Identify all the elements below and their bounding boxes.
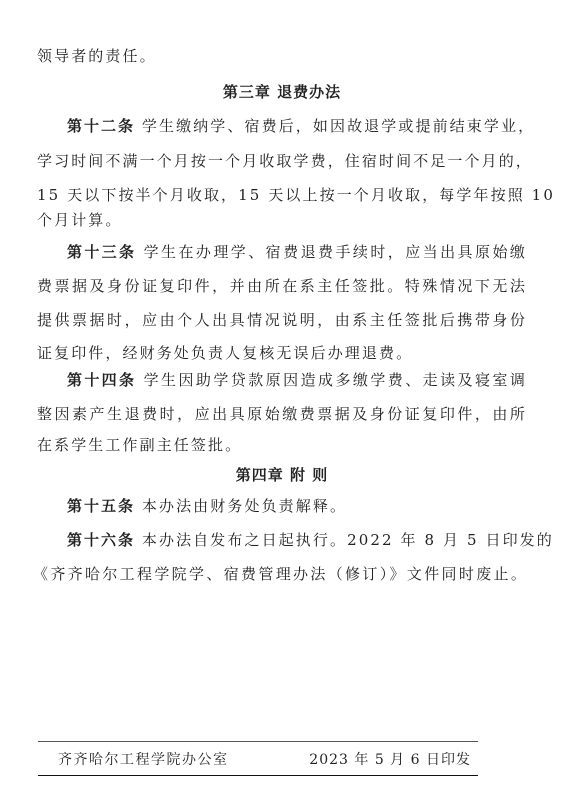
article-13: 第十三条 学生在办理学、宿费退费手续时，应当出具原始缴 bbox=[37, 242, 527, 262]
paragraph-line: 费票据及身份证复印件，并由所在系主任签批。特殊情况下无法 bbox=[37, 276, 527, 296]
article-label: 第十二条 bbox=[67, 117, 135, 135]
footer-date: 2023 年 5 月 6 日印发 bbox=[309, 750, 471, 770]
footer-bottom-rule bbox=[38, 775, 478, 776]
document-page: 领导者的责任。 第三章 退费办法 第十二条 学生缴纳学、宿费后，如因故退学或提前… bbox=[0, 0, 564, 804]
paragraph-line: 整因素产生退费时，应出具原始缴费票据及身份证复印件，由所 bbox=[37, 404, 527, 424]
article-12: 第十二条 学生缴纳学、宿费后，如因故退学或提前结束学业， bbox=[37, 116, 527, 136]
paragraph-line: 领导者的责任。 bbox=[37, 46, 527, 66]
article-label: 第十五条 bbox=[67, 497, 135, 515]
paragraph-line: 提供票据时，应由个人出具情况说明，由系主任签批后携带身份 bbox=[37, 310, 527, 330]
article-label: 第十六条 bbox=[67, 531, 135, 549]
article-15: 第十五条 本办法由财务处负责解释。 bbox=[37, 496, 527, 516]
paragraph-line: 在系学生工作副主任签批。 bbox=[37, 435, 527, 455]
chapter-heading-3: 第三章 退费办法 bbox=[0, 82, 564, 102]
article-text: 学生因助学贷款原因造成多缴学费、走读及寝室调 bbox=[136, 371, 527, 389]
article-label: 第十四条 bbox=[67, 371, 136, 389]
paragraph-line: 15 天以下按半个月收取，15 天以上按一个月收取，每学年按照 10 bbox=[37, 185, 527, 205]
article-text: 学生在办理学、宿费退费手续时，应当出具原始缴 bbox=[136, 243, 527, 261]
paragraph-line: 《齐齐哈尔工程学院学、宿费管理办法（修订）》文件同时废止。 bbox=[33, 564, 528, 584]
article-14: 第十四条 学生因助学贷款原因造成多缴学费、走读及寝室调 bbox=[37, 370, 527, 390]
article-text: 本办法由财务处负责解释。 bbox=[135, 497, 347, 515]
article-label: 第十三条 bbox=[67, 243, 136, 261]
paragraph-line: 学习时间不满一个月按一个月收取学费，住宿时间不足一个月的， bbox=[37, 151, 527, 171]
chapter-heading-4: 第四章 附 则 bbox=[0, 465, 564, 485]
footer-top-rule bbox=[38, 741, 478, 742]
article-text: 学生缴纳学、宿费后，如因故退学或提前结束学业， bbox=[135, 117, 535, 135]
footer-issuer: 齐齐哈尔工程学院办公室 bbox=[58, 750, 229, 770]
article-16: 第十六条 本办法自发布之日起执行。2022 年 8 月 5 日印发的 bbox=[37, 530, 527, 550]
paragraph-line: 证复印件，经财务处负责人复核无误后办理退费。 bbox=[37, 343, 527, 363]
paragraph-line: 个月计算。 bbox=[37, 210, 527, 230]
article-text: 本办法自发布之日起执行。2022 年 8 月 5 日印发的 bbox=[135, 531, 554, 549]
